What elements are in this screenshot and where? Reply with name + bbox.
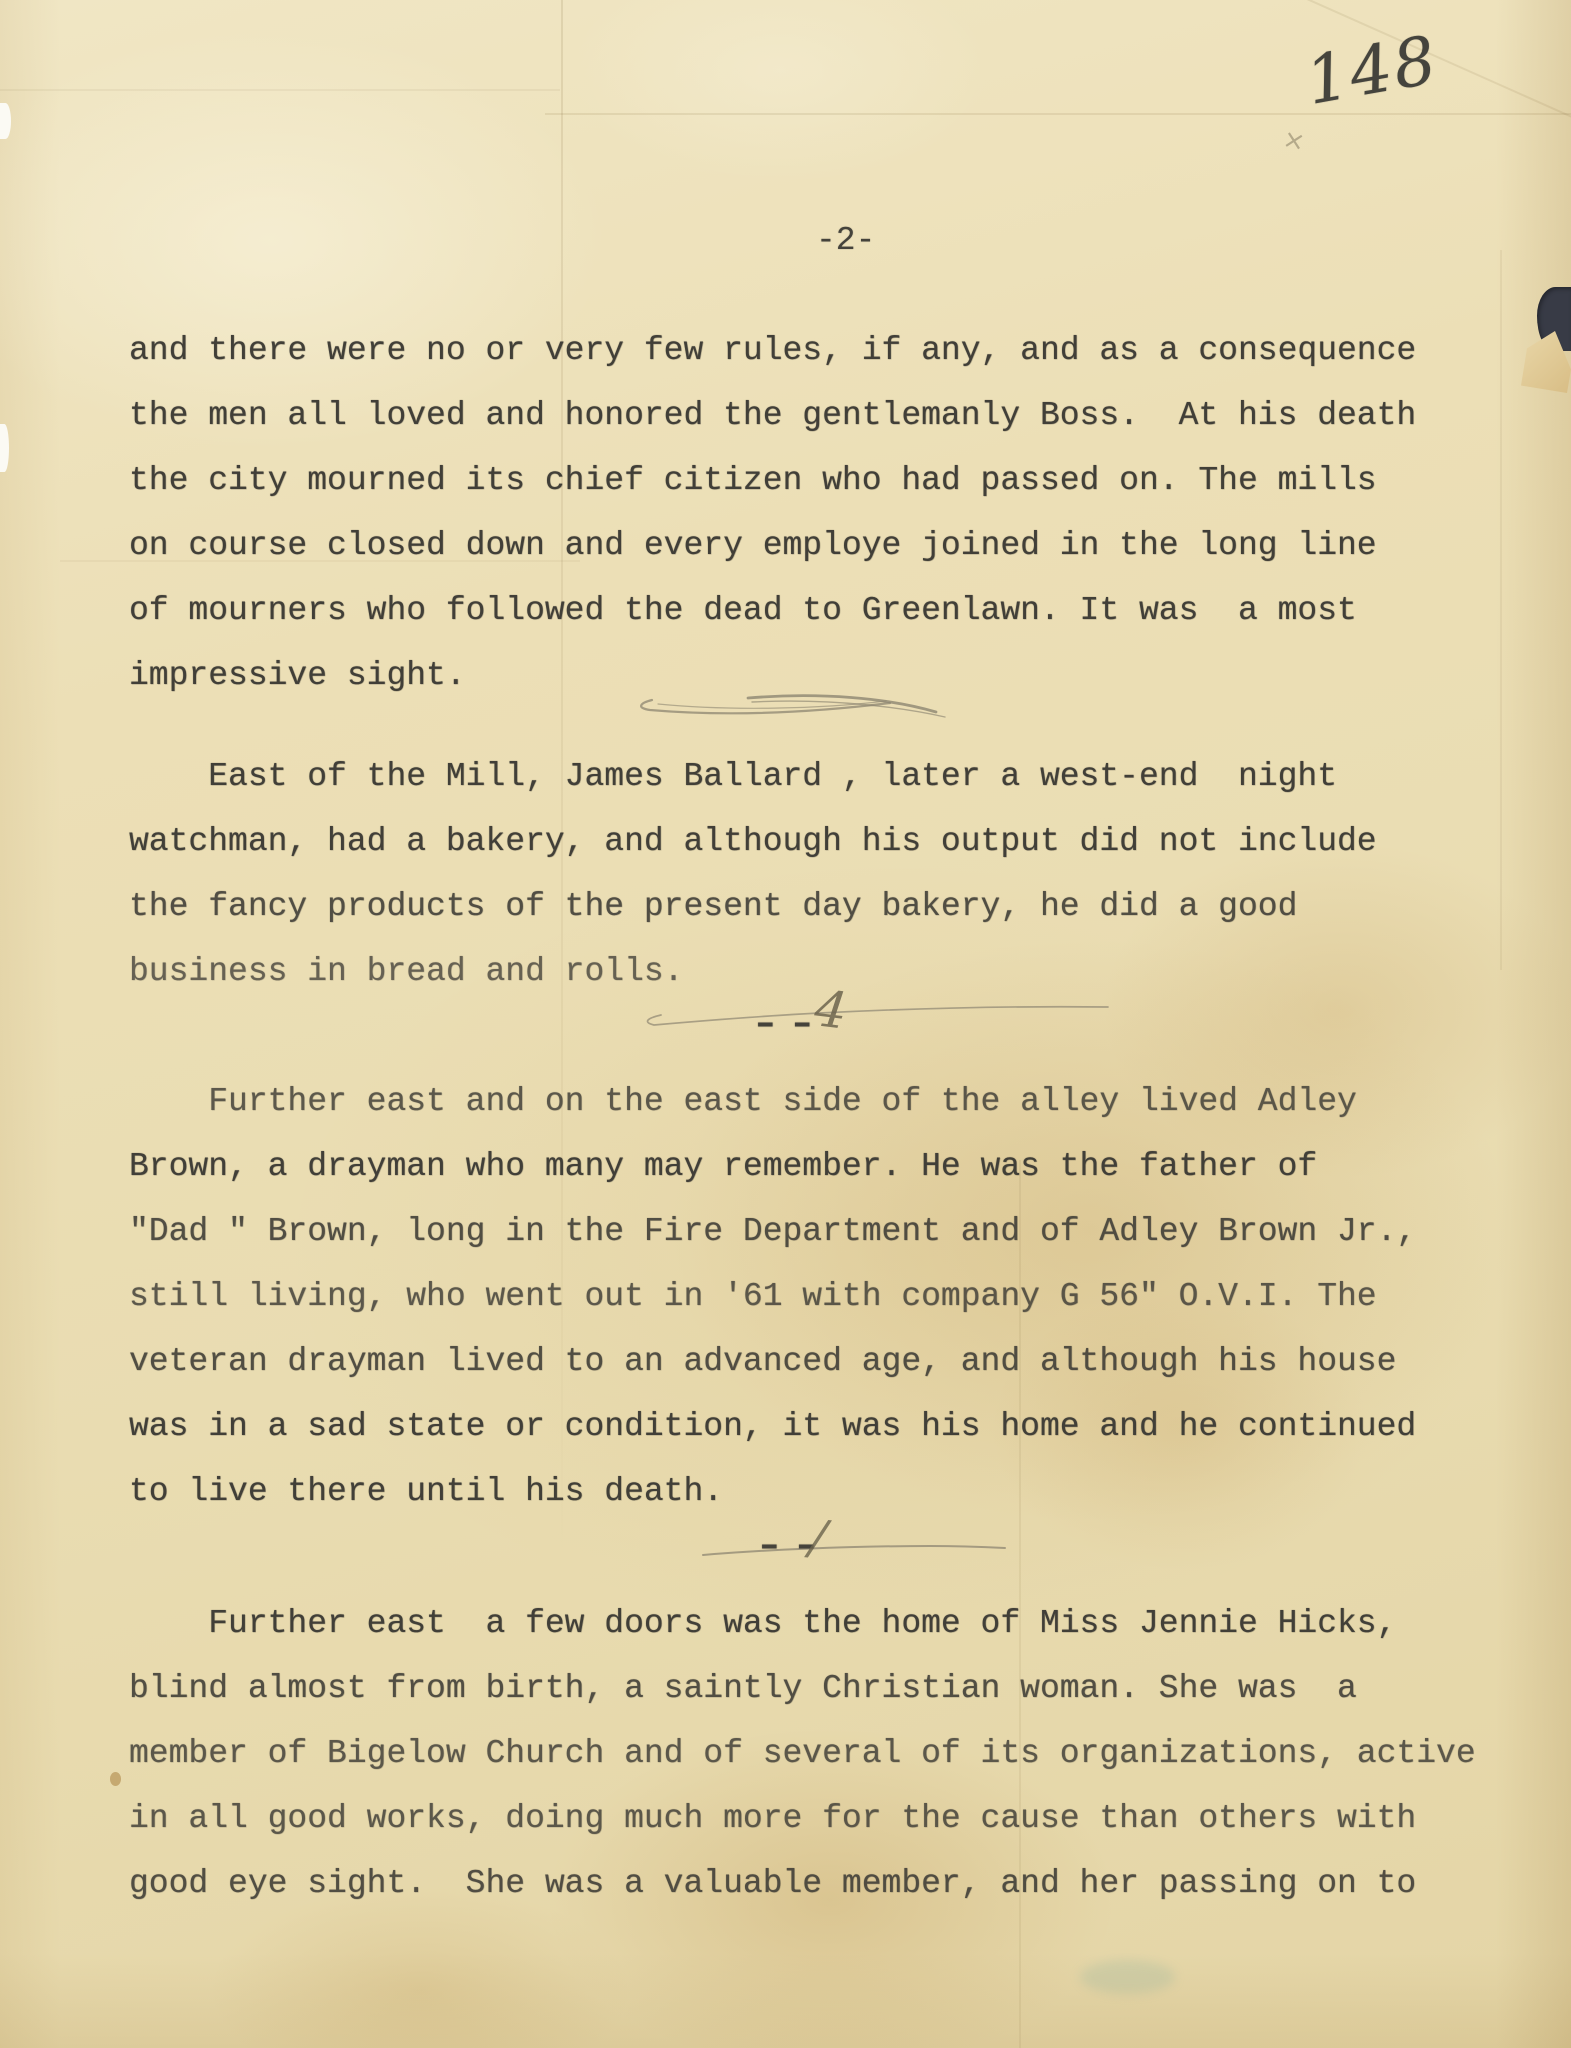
- pencil-x-mark: ×: [1281, 126, 1308, 156]
- page-number: -2-: [816, 208, 875, 273]
- paragraph-2: East of the Mill, James Ballard , later …: [129, 744, 1377, 1004]
- typed-line: blind almost from birth, a saintly Chris…: [129, 1656, 1476, 1721]
- small-brown-stain: [110, 1772, 121, 1786]
- typed-line: to live there until his death.: [129, 1459, 1416, 1524]
- typed-line: the city mourned its chief citizen who h…: [129, 448, 1416, 513]
- pencil-numeral-4: 4: [812, 983, 850, 1037]
- typed-line: the men all loved and honored the gentle…: [129, 383, 1416, 448]
- typed-line: veteran drayman lived to an advanced age…: [129, 1329, 1416, 1394]
- typed-line: impressive sight.: [129, 643, 1416, 708]
- typed-line: "Dad " Brown, long in the Fire Departmen…: [129, 1199, 1416, 1264]
- typed-line: still living, who went out in '61 with c…: [129, 1264, 1416, 1329]
- paragraph-3: Further east and on the east side of the…: [129, 1069, 1416, 1524]
- left-edge-notch: [0, 103, 11, 139]
- vertical-crease-right: [1500, 250, 1502, 970]
- paragraph-4: Further east a few doors was the home of…: [129, 1591, 1476, 1916]
- typed-line: and there were no or very few rules, if …: [129, 318, 1416, 383]
- typed-line: watchman, had a bakery, and although his…: [129, 809, 1377, 874]
- left-edge-notch: [0, 424, 9, 472]
- faint-teal-smudge: [1080, 1960, 1175, 1994]
- typed-line: business in bread and rolls.: [129, 939, 1377, 1004]
- typed-line: Further east a few doors was the home of…: [129, 1591, 1476, 1656]
- typed-line: East of the Mill, James Ballard , later …: [129, 744, 1377, 809]
- typed-line: of mourners who followed the dead to Gre…: [129, 578, 1416, 643]
- typed-line: the fancy products of the present day ba…: [129, 874, 1377, 939]
- typed-line: member of Bigelow Church and of several …: [129, 1721, 1476, 1786]
- manuscript-page: 148 × -2- and there were no or very few …: [0, 0, 1571, 2048]
- horizontal-crease-top-left: [0, 89, 560, 91]
- typed-line: on course closed down and every employe …: [129, 513, 1416, 578]
- typed-line: Brown, a drayman who many may remember. …: [129, 1134, 1416, 1199]
- typed-line: good eye sight. She was a valuable membe…: [129, 1851, 1476, 1916]
- handwritten-folio-number: 148: [1301, 27, 1442, 115]
- horizontal-crease-top: [545, 113, 1571, 115]
- typed-line: Further east and on the east side of the…: [129, 1069, 1416, 1134]
- separator-3-line: [703, 1546, 1005, 1555]
- typed-line: in all good works, doing much more for t…: [129, 1786, 1476, 1851]
- paragraph-1: and there were no or very few rules, if …: [129, 318, 1416, 708]
- typed-line: was in a sad state or condition, it was …: [129, 1394, 1416, 1459]
- separator-2-line: [648, 1007, 1108, 1025]
